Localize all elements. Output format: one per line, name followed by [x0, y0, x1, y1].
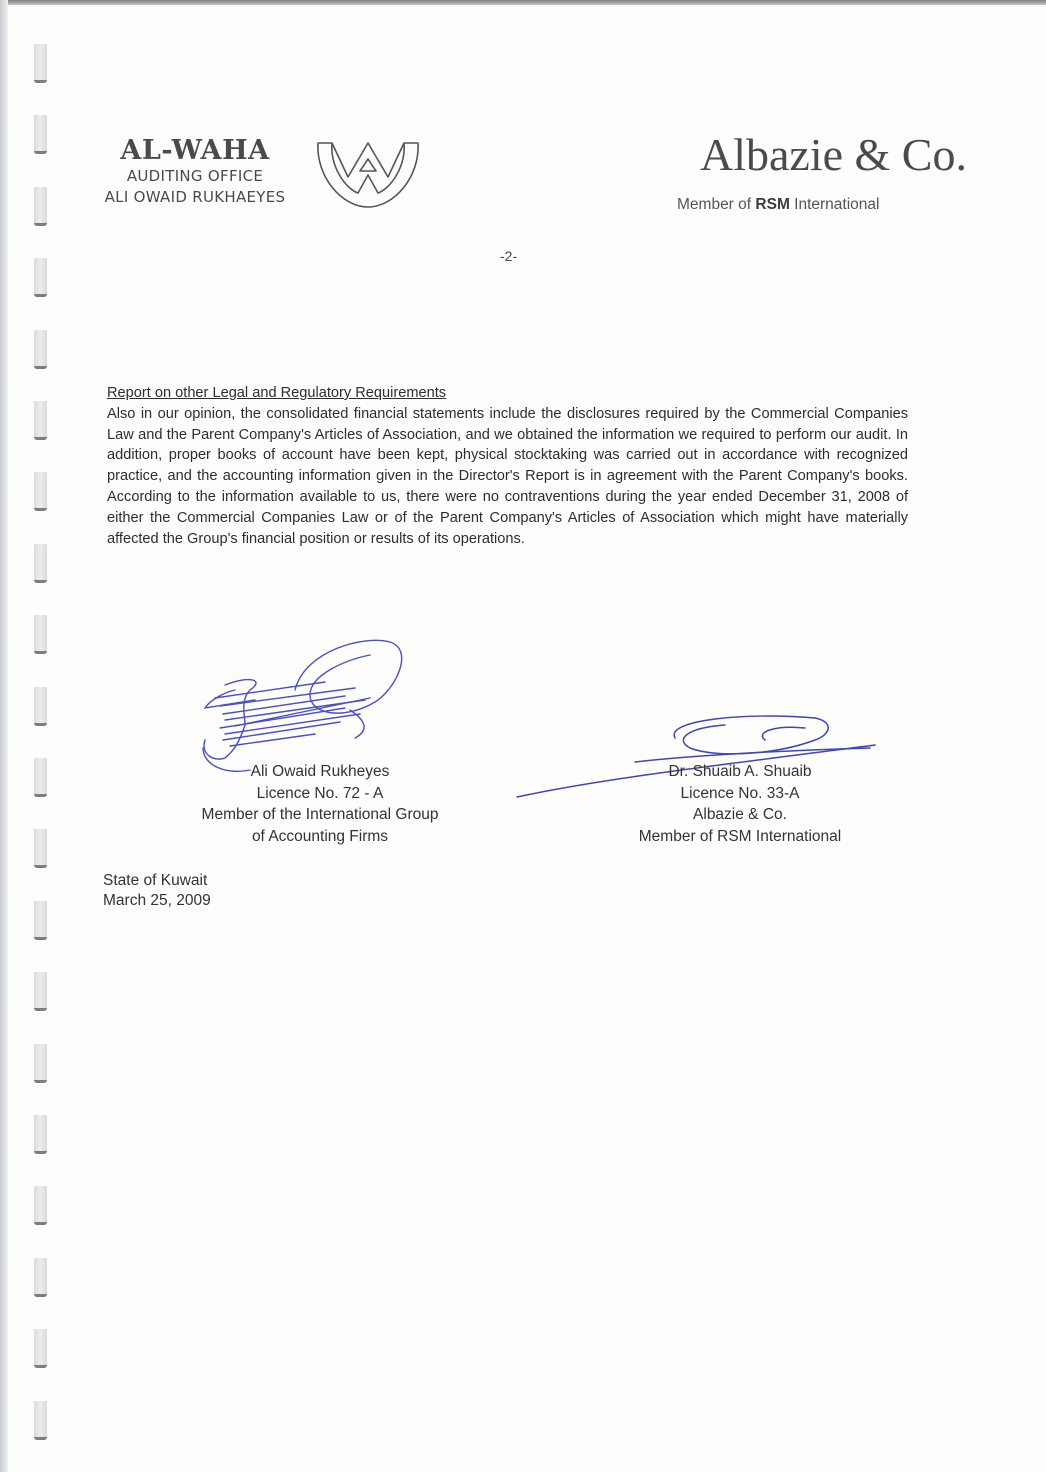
page-top-edge [0, 0, 1046, 5]
signature-1-icon [195, 630, 415, 780]
punch-hole [34, 544, 47, 583]
aw-monogram-logo-icon [312, 137, 424, 211]
punch-hole [34, 187, 47, 226]
section-heading: Report on other Legal and Regulatory Req… [107, 383, 908, 404]
signatory-2-block: Dr. Shuaib A. Shuaib Licence No. 33-A Al… [610, 761, 870, 847]
alwaha-firm-subtitle: AUDITING OFFICE [95, 166, 295, 187]
punch-hole [34, 401, 47, 440]
signatory-2-affiliation-2: Member of RSM International [610, 826, 870, 848]
membership-suffix: International [794, 196, 879, 213]
signatory-1-name: Ali Owaid Rukheyes [180, 761, 460, 783]
page-left-edge [0, 0, 8, 1472]
signatory-2-name: Dr. Shuaib A. Shuaib [610, 761, 870, 783]
punch-hole [34, 330, 47, 369]
albazie-firm-name: Albazie & Co. [700, 128, 967, 181]
albazie-membership: Member of RSM International [677, 196, 879, 214]
punch-hole [34, 1044, 47, 1083]
alwaha-firm-owner: ALI OWAID RUKHAEYES [95, 187, 295, 208]
albazie-letterhead: Albazie & Co. Member of RSM Internationa… [700, 128, 967, 181]
alwaha-letterhead: AL-WAHA AUDITING OFFICE ALI OWAID RUKHAE… [95, 135, 295, 208]
punch-hole [34, 615, 47, 654]
punch-hole [34, 44, 47, 83]
punch-hole [34, 972, 47, 1011]
alwaha-firm-name: AL-WAHA [95, 135, 295, 166]
page-number: -2- [500, 248, 517, 264]
legal-requirements-section: Report on other Legal and Regulatory Req… [107, 383, 908, 549]
signatory-1-affiliation-2: of Accounting Firms [180, 826, 460, 848]
signatory-2-affiliation-1: Albazie & Co. [610, 804, 870, 826]
punch-hole [34, 687, 47, 726]
punch-hole [34, 1401, 47, 1440]
punch-hole [34, 1115, 47, 1154]
rsm-brand: RSM [755, 196, 789, 213]
place-and-date: State of Kuwait March 25, 2009 [103, 871, 211, 911]
signatory-2-licence: Licence No. 33-A [610, 783, 870, 805]
punch-hole [34, 901, 47, 940]
date: March 25, 2009 [103, 891, 211, 911]
punch-hole [34, 115, 47, 154]
punch-hole [34, 829, 47, 868]
punch-hole [34, 258, 47, 297]
place: State of Kuwait [103, 871, 211, 891]
punch-hole [34, 1186, 47, 1225]
signatory-1-affiliation-1: Member of the International Group [180, 804, 460, 826]
membership-prefix: Member of [677, 196, 751, 213]
signatory-1-block: Ali Owaid Rukheyes Licence No. 72 - A Me… [180, 761, 460, 847]
signatory-1-licence: Licence No. 72 - A [180, 783, 460, 805]
punch-hole [34, 472, 47, 511]
punch-hole [34, 1329, 47, 1368]
punch-hole [34, 758, 47, 797]
section-body: Also in our opinion, the consolidated fi… [107, 404, 908, 550]
punch-hole [34, 1258, 47, 1297]
